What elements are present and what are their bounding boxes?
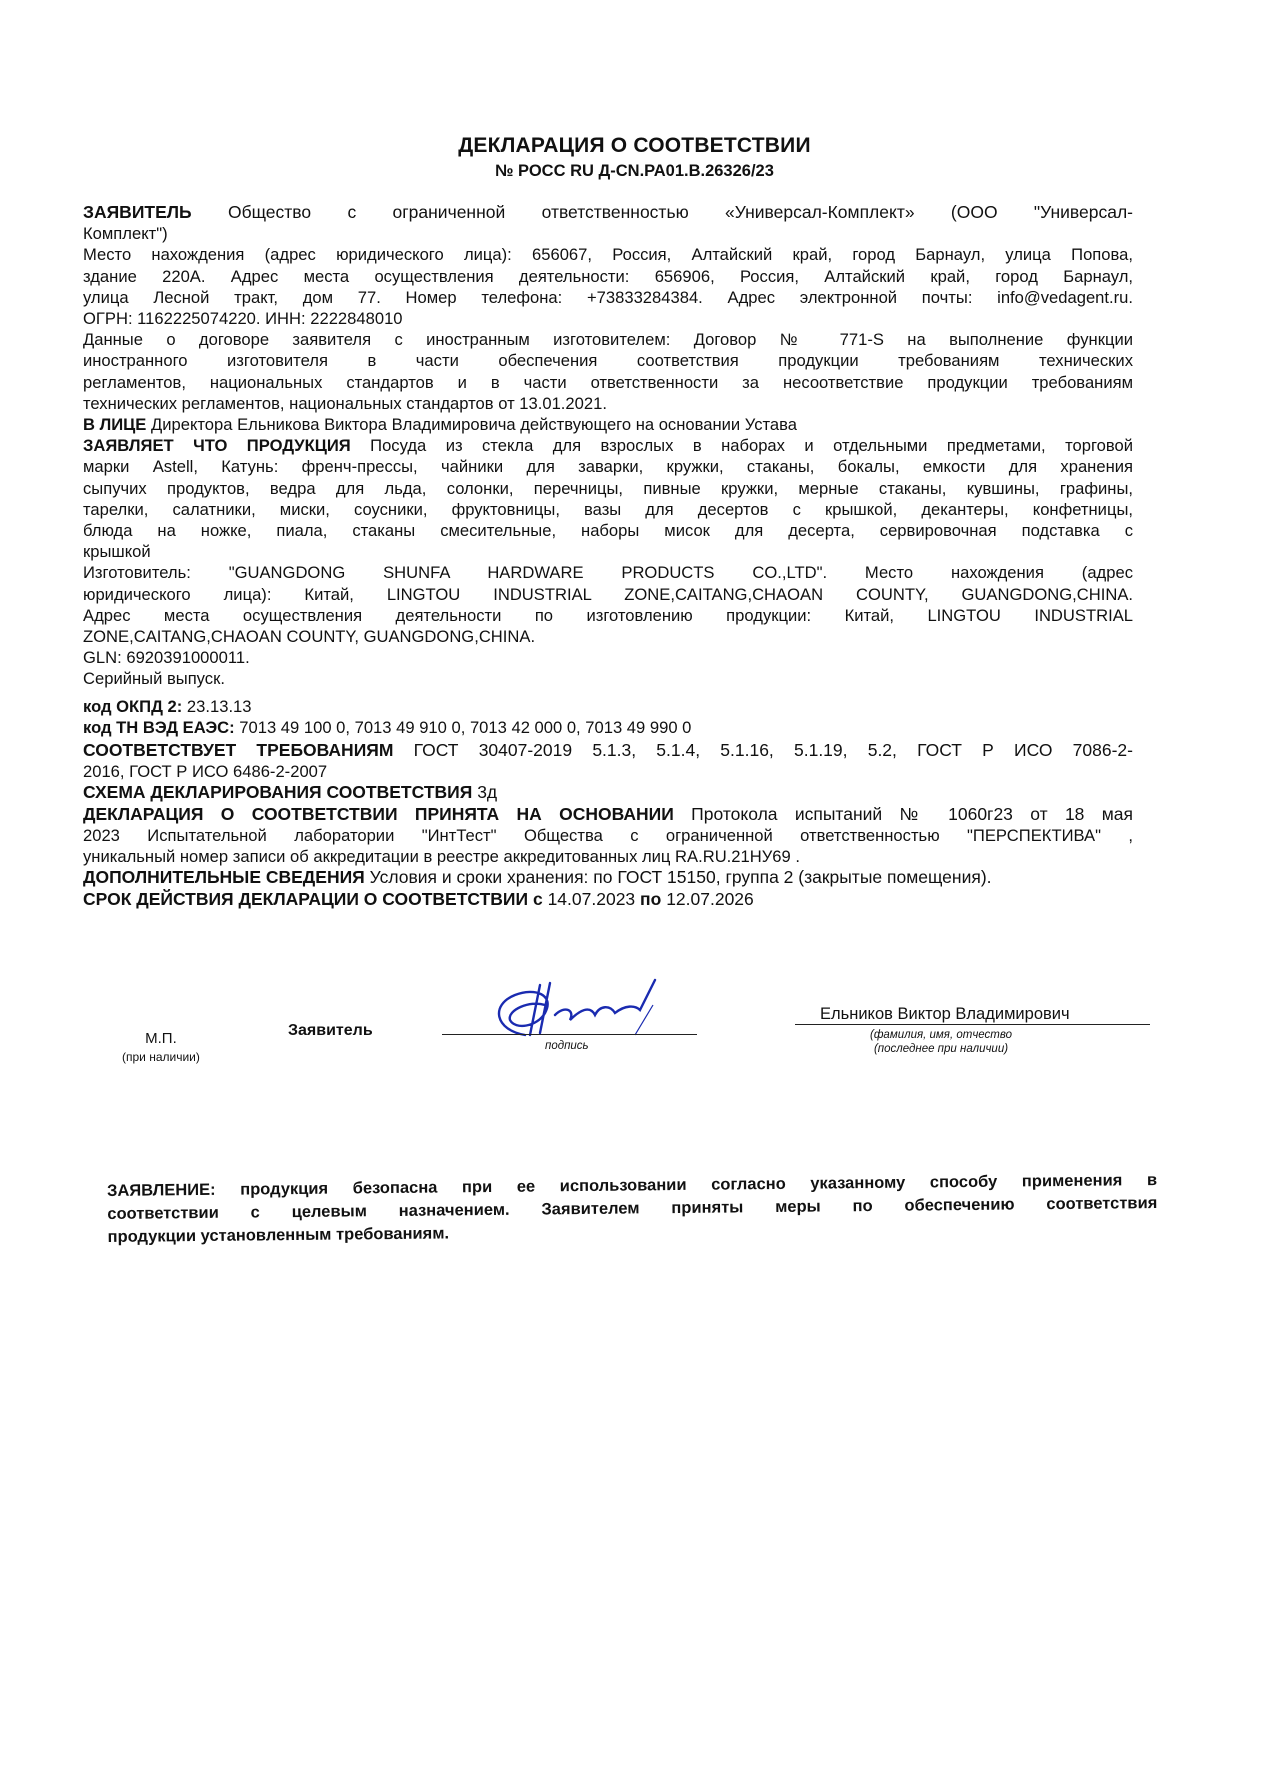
- basis-line-3: уникальный номер записи об аккредитации …: [83, 846, 1133, 867]
- contract-line-3: регламентов, национальных стандартов и в…: [83, 372, 1133, 393]
- product-line-5: блюда на ножке, пиала, стаканы смеситель…: [83, 520, 1133, 541]
- validity-from-label: с: [533, 889, 543, 909]
- applicant-address-1: Место нахождения (адрес юридического лиц…: [83, 244, 1133, 265]
- tnved-value: 7013 49 100 0, 7013 49 910 0, 7013 42 00…: [239, 718, 691, 737]
- manufacturer-line-2: юридического лица): Китай, LINGTOU INDUS…: [83, 584, 1133, 605]
- applicant-line-1: ЗАЯВИТЕЛЬ Общество с ограниченной ответс…: [83, 202, 1133, 223]
- representative-text: Директора Ельникова Виктора Владимирович…: [151, 415, 797, 434]
- validity-label: СРОК ДЕЙСТВИЯ ДЕКЛАРАЦИИ О СООТВЕТСТВИИ: [83, 889, 528, 909]
- applicant-line-2: Комплект"): [83, 223, 1133, 244]
- validity-to-label: по: [640, 889, 661, 909]
- tnved-code: код ТН ВЭД ЕАЭС: 7013 49 100 0, 7013 49 …: [83, 717, 1133, 738]
- name-line: [795, 1024, 1150, 1025]
- applicant-label: ЗАЯВИТЕЛЬ: [83, 202, 192, 222]
- scheme-label: СХЕМА ДЕКЛАРИРОВАНИЯ СООТВЕТСТВИЯ: [83, 782, 472, 802]
- additional-label: ДОПОЛНИТЕЛЬНЫЕ СВЕДЕНИЯ: [83, 867, 365, 887]
- contract-line-1: Данные о договоре заявителя с иностранны…: [83, 329, 1133, 350]
- scheme-line: СХЕМА ДЕКЛАРИРОВАНИЯ СООТВЕТСТВИЯ 3д: [83, 782, 1133, 803]
- product-line-1: ЗАЯВЛЯЕТ ЧТО ПРОДУКЦИЯ Посуда из стекла …: [83, 435, 1133, 456]
- requirements-line-2: 2016, ГОСТ Р ИСО 6486-2-2007: [83, 761, 1133, 782]
- requirements-line-1: СООТВЕТСТВУЕТ ТРЕБОВАНИЯМ ГОСТ 30407-201…: [83, 740, 1133, 761]
- stamp-label: М.П.: [145, 1030, 177, 1047]
- additional-info: ДОПОЛНИТЕЛЬНЫЕ СВЕДЕНИЯ Условия и сроки …: [83, 867, 1133, 888]
- name-caption-2: (последнее при наличии): [870, 1042, 1012, 1056]
- okpd-code: код ОКПД 2: 23.13.13: [83, 696, 1133, 717]
- declaration-body: ЗАЯВИТЕЛЬ Общество с ограниченной ответс…: [83, 202, 1133, 910]
- tnved-label: код ТН ВЭД ЕАЭС:: [83, 718, 235, 737]
- product-line-2: марки Astell, Катунь: френч-прессы, чайн…: [83, 456, 1133, 477]
- document-title: ДЕКЛАРАЦИЯ О СООТВЕТСТВИИ: [0, 134, 1269, 158]
- stamp-place: М.П. (при наличии): [122, 1030, 200, 1064]
- manufacturer-line-3: Адрес места осуществления деятельности п…: [83, 605, 1133, 626]
- product-line-3: сыпучих продуктов, ведра для льда, солон…: [83, 478, 1133, 499]
- manufacturer-line-4: ZONE,CAITANG,CHAOAN COUNTY, GUANGDONG,CH…: [83, 626, 1133, 647]
- contract-line-2: иностранного изготовителя в части обеспе…: [83, 350, 1133, 371]
- applicant-name: Общество с ограниченной ответственностью…: [228, 202, 1133, 222]
- okpd-value: 23.13.13: [187, 697, 252, 716]
- name-caption: (фамилия, имя, отчество (последнее при н…: [870, 1028, 1012, 1056]
- applicant-address-3: улица Лесной тракт, дом 77. Номер телефо…: [83, 287, 1133, 308]
- stamp-note: (при наличии): [122, 1050, 200, 1064]
- production-type: Серийный выпуск.: [83, 668, 1133, 689]
- applicant-address-2: здание 220А. Адрес места осуществления д…: [83, 266, 1133, 287]
- scheme-value: 3д: [477, 782, 497, 802]
- signature-caption: подпись: [545, 1040, 589, 1052]
- basis-label: ДЕКЛАРАЦИЯ О СООТВЕТСТВИИ ПРИНЯТА НА ОСН…: [83, 804, 674, 824]
- applicant-ids: ОГРН: 1162225074220. ИНН: 2222848010: [83, 308, 1133, 329]
- validity-to: 12.07.2026: [666, 889, 754, 909]
- name-caption-1: (фамилия, имя, отчество: [870, 1028, 1012, 1042]
- basis-line-1: ДЕКЛАРАЦИЯ О СООТВЕТСТВИИ ПРИНЯТА НА ОСН…: [83, 804, 1133, 825]
- product-text-1: Посуда из стекла для взрослых в наборах …: [370, 436, 1133, 455]
- signer-name: Ельников Виктор Владимирович: [820, 1005, 1070, 1024]
- representative-label: В ЛИЦЕ: [83, 415, 146, 434]
- requirements-label: СООТВЕТСТВУЕТ ТРЕБОВАНИЯМ: [83, 740, 393, 760]
- product-line-6: крышкой: [83, 541, 1133, 562]
- safety-statement: ЗАЯВЛЕНИЕ: продукция безопасна при ее ис…: [107, 1169, 1158, 1249]
- manufacturer-line-1: Изготовитель: "GUANGDONG SHUNFA HARDWARE…: [83, 562, 1133, 583]
- validity-period: СРОК ДЕЙСТВИЯ ДЕКЛАРАЦИИ О СООТВЕТСТВИИ …: [83, 889, 1133, 910]
- contract-line-4: технических регламентов, национальных ст…: [83, 393, 1133, 414]
- requirements-text: ГОСТ 30407-2019 5.1.3, 5.1.4, 5.1.16, 5.…: [414, 740, 1133, 760]
- okpd-label: код ОКПД 2:: [83, 697, 182, 716]
- declaration-number: № РОСС RU Д-CN.РА01.В.26326/23: [0, 162, 1269, 181]
- basis-line-2: 2023 Испытательной лаборатории "ИнтТест"…: [83, 825, 1133, 846]
- product-line-4: тарелки, салатники, миски, соусники, фру…: [83, 499, 1133, 520]
- basis-text: Протокола испытаний № 1060г23 от 18 мая: [691, 804, 1133, 824]
- additional-text: Условия и сроки хранения: по ГОСТ 15150,…: [370, 867, 992, 887]
- product-label: ЗАЯВЛЯЕТ ЧТО ПРОДУКЦИЯ: [83, 436, 351, 455]
- manufacturer-gln: GLN: 6920391000011.: [83, 647, 1133, 668]
- representative-line: В ЛИЦЕ Директора Ельникова Виктора Влади…: [83, 414, 1133, 435]
- validity-from: 14.07.2023: [548, 889, 636, 909]
- signature-line: [442, 1034, 697, 1035]
- applicant-signature-label: Заявитель: [288, 1022, 373, 1040]
